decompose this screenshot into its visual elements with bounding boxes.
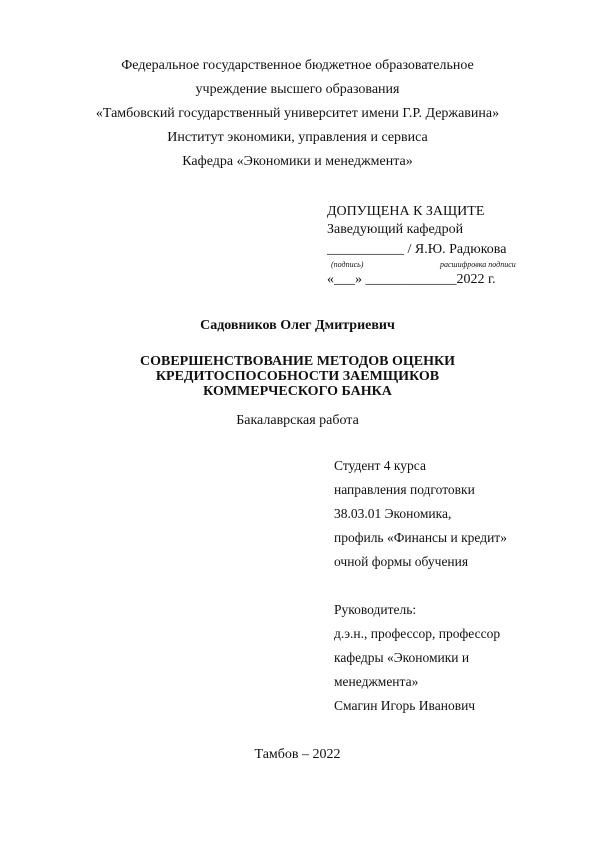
signature-caption: (подпись) [331, 260, 363, 269]
date-line: «___» _____________2022 г. [327, 272, 496, 288]
header-line-2: учреждение высшего образования [0, 82, 595, 98]
supervisor-line-1: Руководитель: [334, 602, 416, 618]
supervisor-line-3: кафедры «Экономики и [334, 650, 469, 666]
work-title-line-3: КОММЕРЧЕСКОГО БАНКА [0, 384, 595, 400]
supervisor-line-4: менеджмента» [334, 674, 418, 690]
supervisor-line-2: д.э.н., профессор, профессор [334, 626, 500, 642]
header-line-5: Кафедра «Экономики и менеджмента» [0, 154, 595, 170]
student-line-2: направления подготовки [334, 482, 475, 498]
author-name: Садовников Олег Дмитриевич [0, 318, 595, 334]
supervisor-line-5: Смагин Игорь Иванович [334, 698, 475, 714]
student-line-4: профиль «Финансы и кредит» [334, 530, 507, 546]
approval-position: Заведующий кафедрой [327, 222, 463, 238]
header-line-4: Институт экономики, управления и сервиса [0, 130, 595, 146]
student-line-3: 38.03.01 Экономика, [334, 506, 451, 522]
header-line-3: «Тамбовский государственный университет … [0, 106, 595, 122]
signature-line: ___________ / Я.Ю. Радюкова [327, 242, 506, 258]
approval-title: ДОПУЩЕНА К ЗАЩИТЕ [327, 204, 484, 220]
student-line-5: очной формы обучения [334, 554, 468, 570]
city-year: Тамбов – 2022 [0, 747, 595, 763]
decoding-caption: расшифровка подписи [440, 260, 516, 269]
work-type: Бакалаврская работа [0, 413, 595, 429]
student-line-1: Студент 4 курса [334, 458, 426, 474]
header-line-1: Федеральное государственное бюджетное об… [0, 58, 595, 74]
work-title-line-1: СОВЕРШЕНСТВОВАНИЕ МЕТОДОВ ОЦЕНКИ [0, 354, 595, 370]
work-title-line-2: КРЕДИТОСПОСОБНОСТИ ЗАЕМЩИКОВ [0, 369, 595, 385]
